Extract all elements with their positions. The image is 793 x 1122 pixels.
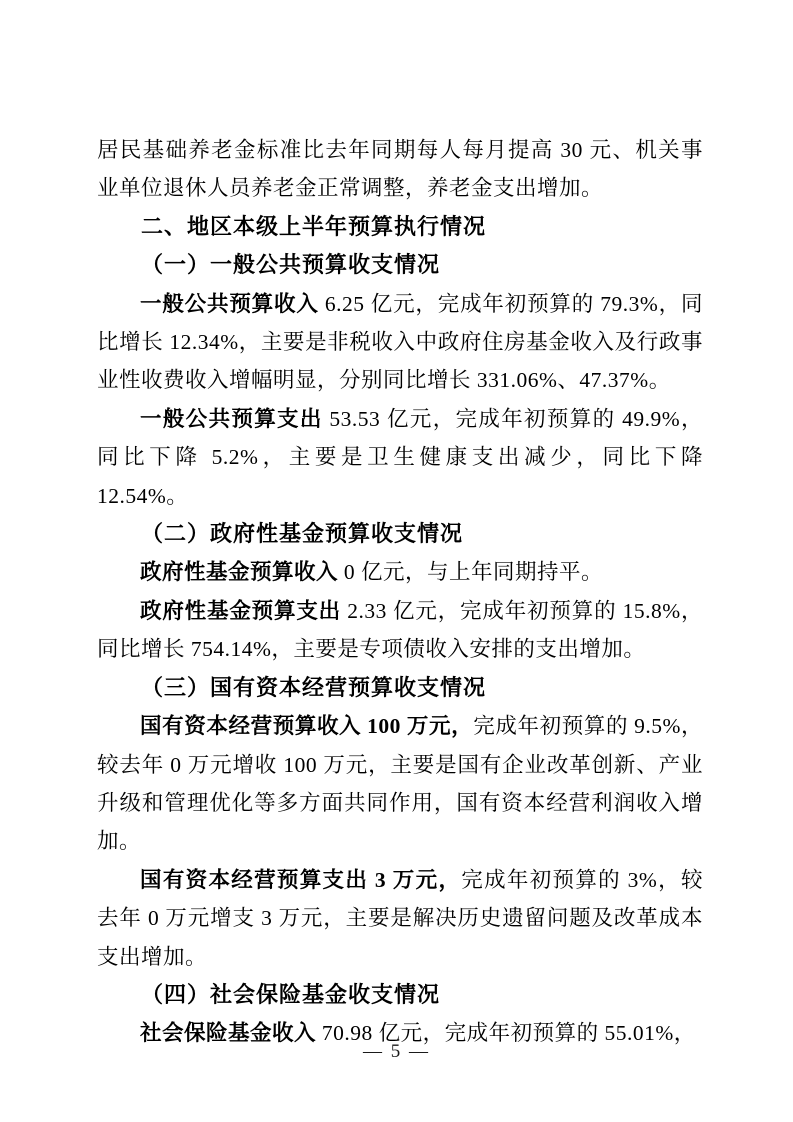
paragraph: 国有资本经营预算收入 100 万元，完成年初预算的 9.5%，较去年 0 万元增… xyxy=(97,707,703,861)
paragraph-lead: 政府性基金预算收入 xyxy=(140,560,338,584)
paragraph: 一般公共预算收入 6.25 亿元，完成年初预算的 79.3%，同比增长 12.3… xyxy=(97,285,703,400)
paragraph-lead: 政府性基金预算支出 xyxy=(140,599,341,623)
paragraph-lead: 国有资本经营预算支出 3 万元， xyxy=(140,868,461,892)
subsection-heading: （三）国有资本经营预算收支情况 xyxy=(97,669,703,707)
subsection-heading: （二）政府性基金预算收支情况 xyxy=(97,515,703,553)
subsection-heading: （四）社会保险基金收支情况 xyxy=(97,976,703,1014)
paragraph: 政府性基金预算支出 2.33 亿元，完成年初预算的 15.8%，同比增长 754… xyxy=(97,592,703,669)
paragraph-lead: 一般公共预算支出 xyxy=(140,407,323,431)
page-content: 居民基础养老金标准比去年同期每人每月提高 30 元、机关事业单位退休人员养老金正… xyxy=(97,131,703,1053)
paragraph-lead: 国有资本经营预算收入 100 万元， xyxy=(140,714,473,738)
paragraph-text: 居民基础养老金标准比去年同期每人每月提高 30 元、机关事业单位退休人员养老金正… xyxy=(97,138,703,200)
paragraph: 政府性基金预算收入 0 亿元，与上年同期持平。 xyxy=(97,553,703,591)
paragraph: 居民基础养老金标准比去年同期每人每月提高 30 元、机关事业单位退休人员养老金正… xyxy=(97,131,703,208)
paragraph: 国有资本经营预算支出 3 万元，完成年初预算的 3%，较去年 0 万元增支 3 … xyxy=(97,861,703,976)
paragraph-text: 0 亿元，与上年同期持平。 xyxy=(338,560,603,584)
page-number: — 5 — xyxy=(0,1041,793,1063)
section-heading: 二、地区本级上半年预算执行情况 xyxy=(97,208,703,246)
subsection-heading: （一）一般公共预算收支情况 xyxy=(97,246,703,284)
paragraph: 一般公共预算支出 53.53 亿元，完成年初预算的 49.9%，同比下降 5.2… xyxy=(97,400,703,515)
document-page: 居民基础养老金标准比去年同期每人每月提高 30 元、机关事业单位退休人员养老金正… xyxy=(0,0,793,1122)
paragraph-lead: 一般公共预算收入 xyxy=(140,292,319,316)
